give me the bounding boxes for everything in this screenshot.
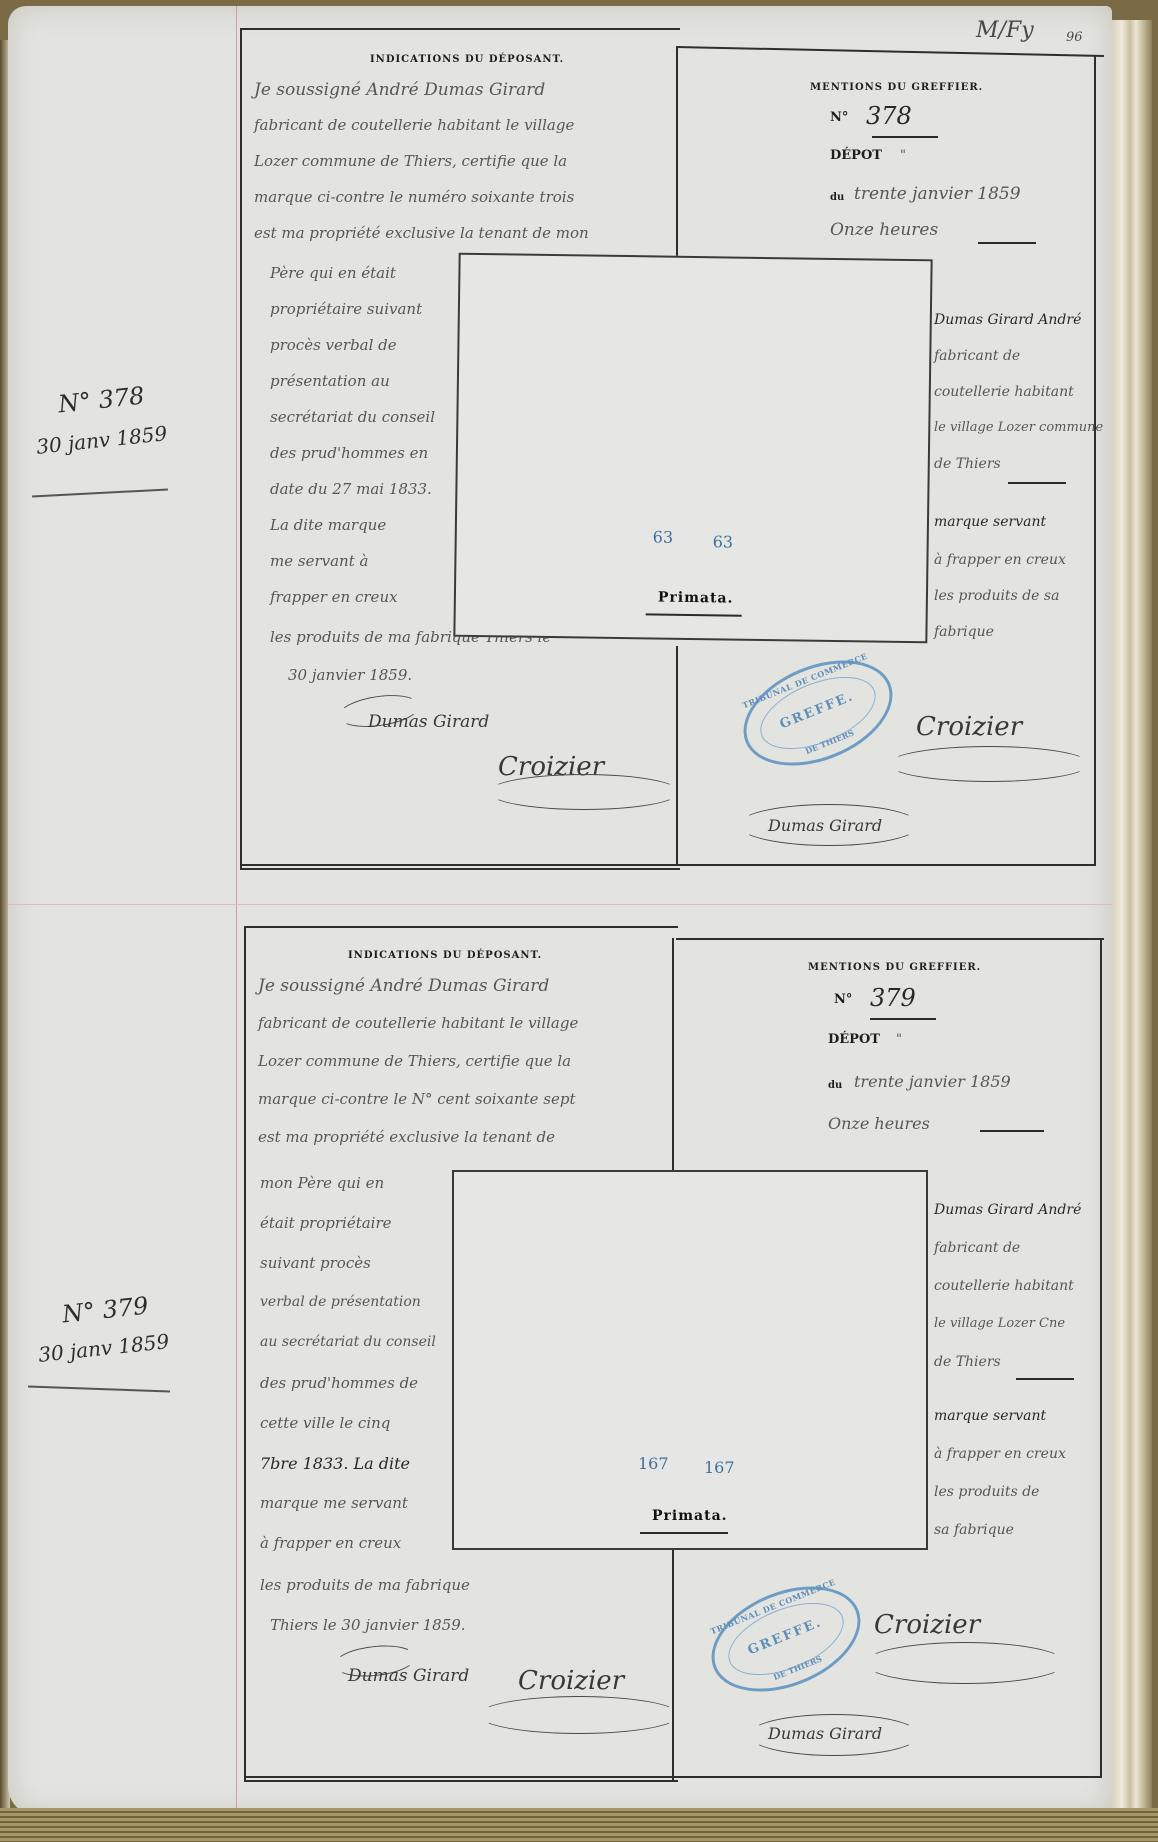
primata-label: Primata. <box>652 1508 728 1524</box>
greffier-note: le village Lozer Cne <box>934 1316 1065 1331</box>
column-divider-bottom <box>672 1544 674 1780</box>
greffier-note: de Thiers <box>934 1354 1001 1370</box>
greffier-right-rule <box>1100 938 1102 1778</box>
mark-number-stamp: 167 <box>638 1454 669 1473</box>
greffier-note: fabricant de <box>934 1240 1020 1256</box>
deposant-line: 7bre 1833. La dite <box>260 1454 410 1473</box>
greffier-note: à frapper en creux <box>934 1446 1066 1462</box>
register-entry-379: N° 379 30 janv 1859 Indications du dépos… <box>8 6 1112 1816</box>
deposant-line: des prud'hommes de <box>260 1374 418 1392</box>
deposit-number: 379 <box>870 984 916 1012</box>
deposant-line: fabricant de coutellerie habitant le vil… <box>258 1014 578 1032</box>
clerk-signature: Croizier <box>518 1666 624 1696</box>
tribunal-commerce-stamp: TRIBUNAL DE COMMERCE GREFFE. DE THIERS <box>696 1566 876 1712</box>
book-bottom-edge <box>0 1808 1158 1842</box>
deposant-line: marque ci-contre le N° cent soixante sep… <box>258 1090 575 1108</box>
greffier-note: marque servant <box>934 1408 1046 1424</box>
signature-flourish <box>748 1714 920 1756</box>
margin-underline <box>28 1386 170 1393</box>
deposant-line: est ma propriété exclusive la tenant de <box>258 1128 555 1146</box>
depot-mark: " <box>896 1032 902 1047</box>
signature-flourish <box>864 1642 1066 1684</box>
margin-entry-date: 30 janv 1859 <box>37 1329 170 1367</box>
deposant-heading: Indications du déposant. <box>348 950 542 961</box>
deposant-line: marque me servant <box>260 1494 408 1512</box>
number-label: N° <box>834 992 852 1007</box>
time-underline <box>980 1130 1044 1132</box>
entry-bottom-rule <box>244 1776 1102 1778</box>
signature-flourish <box>478 1696 680 1734</box>
greffier-heading: Mentions du greffier. <box>808 962 981 973</box>
greffier-top-rule <box>676 938 1104 940</box>
primata-underline <box>640 1532 728 1534</box>
deposant-line: Lozer commune de Thiers, certifie que la <box>258 1052 571 1070</box>
deposant-line: à frapper en creux <box>260 1534 401 1552</box>
deposant-line: verbal de présentation <box>260 1294 421 1310</box>
deposant-line: les produits de ma fabrique <box>260 1576 470 1594</box>
du-label: du <box>828 1080 842 1091</box>
column-divider-top <box>672 938 674 1174</box>
deposant-line: au secrétariat du conseil <box>260 1334 436 1350</box>
depot-label: DÉPOT <box>828 1032 880 1047</box>
register-page: M/Fy 96 N° 378 30 janv 1859 Indications … <box>8 6 1112 1816</box>
margin-entry-number: N° 379 <box>61 1292 150 1329</box>
deposant-line: suivant procès <box>260 1254 371 1272</box>
deposant-line: cette ville le cinq <box>260 1414 390 1432</box>
deposit-date: trente janvier 1859 <box>854 1072 1011 1091</box>
deposant-line: mon Père qui en <box>260 1174 384 1192</box>
depositor-signature: Dumas Girard <box>348 1666 469 1686</box>
greffier-note: sa fabrique <box>934 1522 1014 1538</box>
number-underline <box>870 1018 936 1020</box>
greffier-note: coutellerie habitant <box>934 1278 1074 1294</box>
note-underline <box>1016 1378 1074 1380</box>
mark-number-stamp: 167 <box>704 1458 735 1477</box>
greffier-clerk-signature: Croizier <box>874 1610 980 1640</box>
greffier-note: les produits de <box>934 1484 1039 1500</box>
deposant-line: Je soussigné André Dumas Girard <box>258 976 549 996</box>
deposant-line: était propriétaire <box>260 1214 392 1232</box>
deposit-time: Onze heures <box>828 1114 930 1133</box>
trademark-impression-box: 167 167 Primata. <box>452 1170 928 1550</box>
book-binding-edge <box>1112 20 1152 1820</box>
deposant-line: Thiers le 30 janvier 1859. <box>270 1616 466 1634</box>
greffier-note: Dumas Girard André <box>934 1202 1081 1218</box>
